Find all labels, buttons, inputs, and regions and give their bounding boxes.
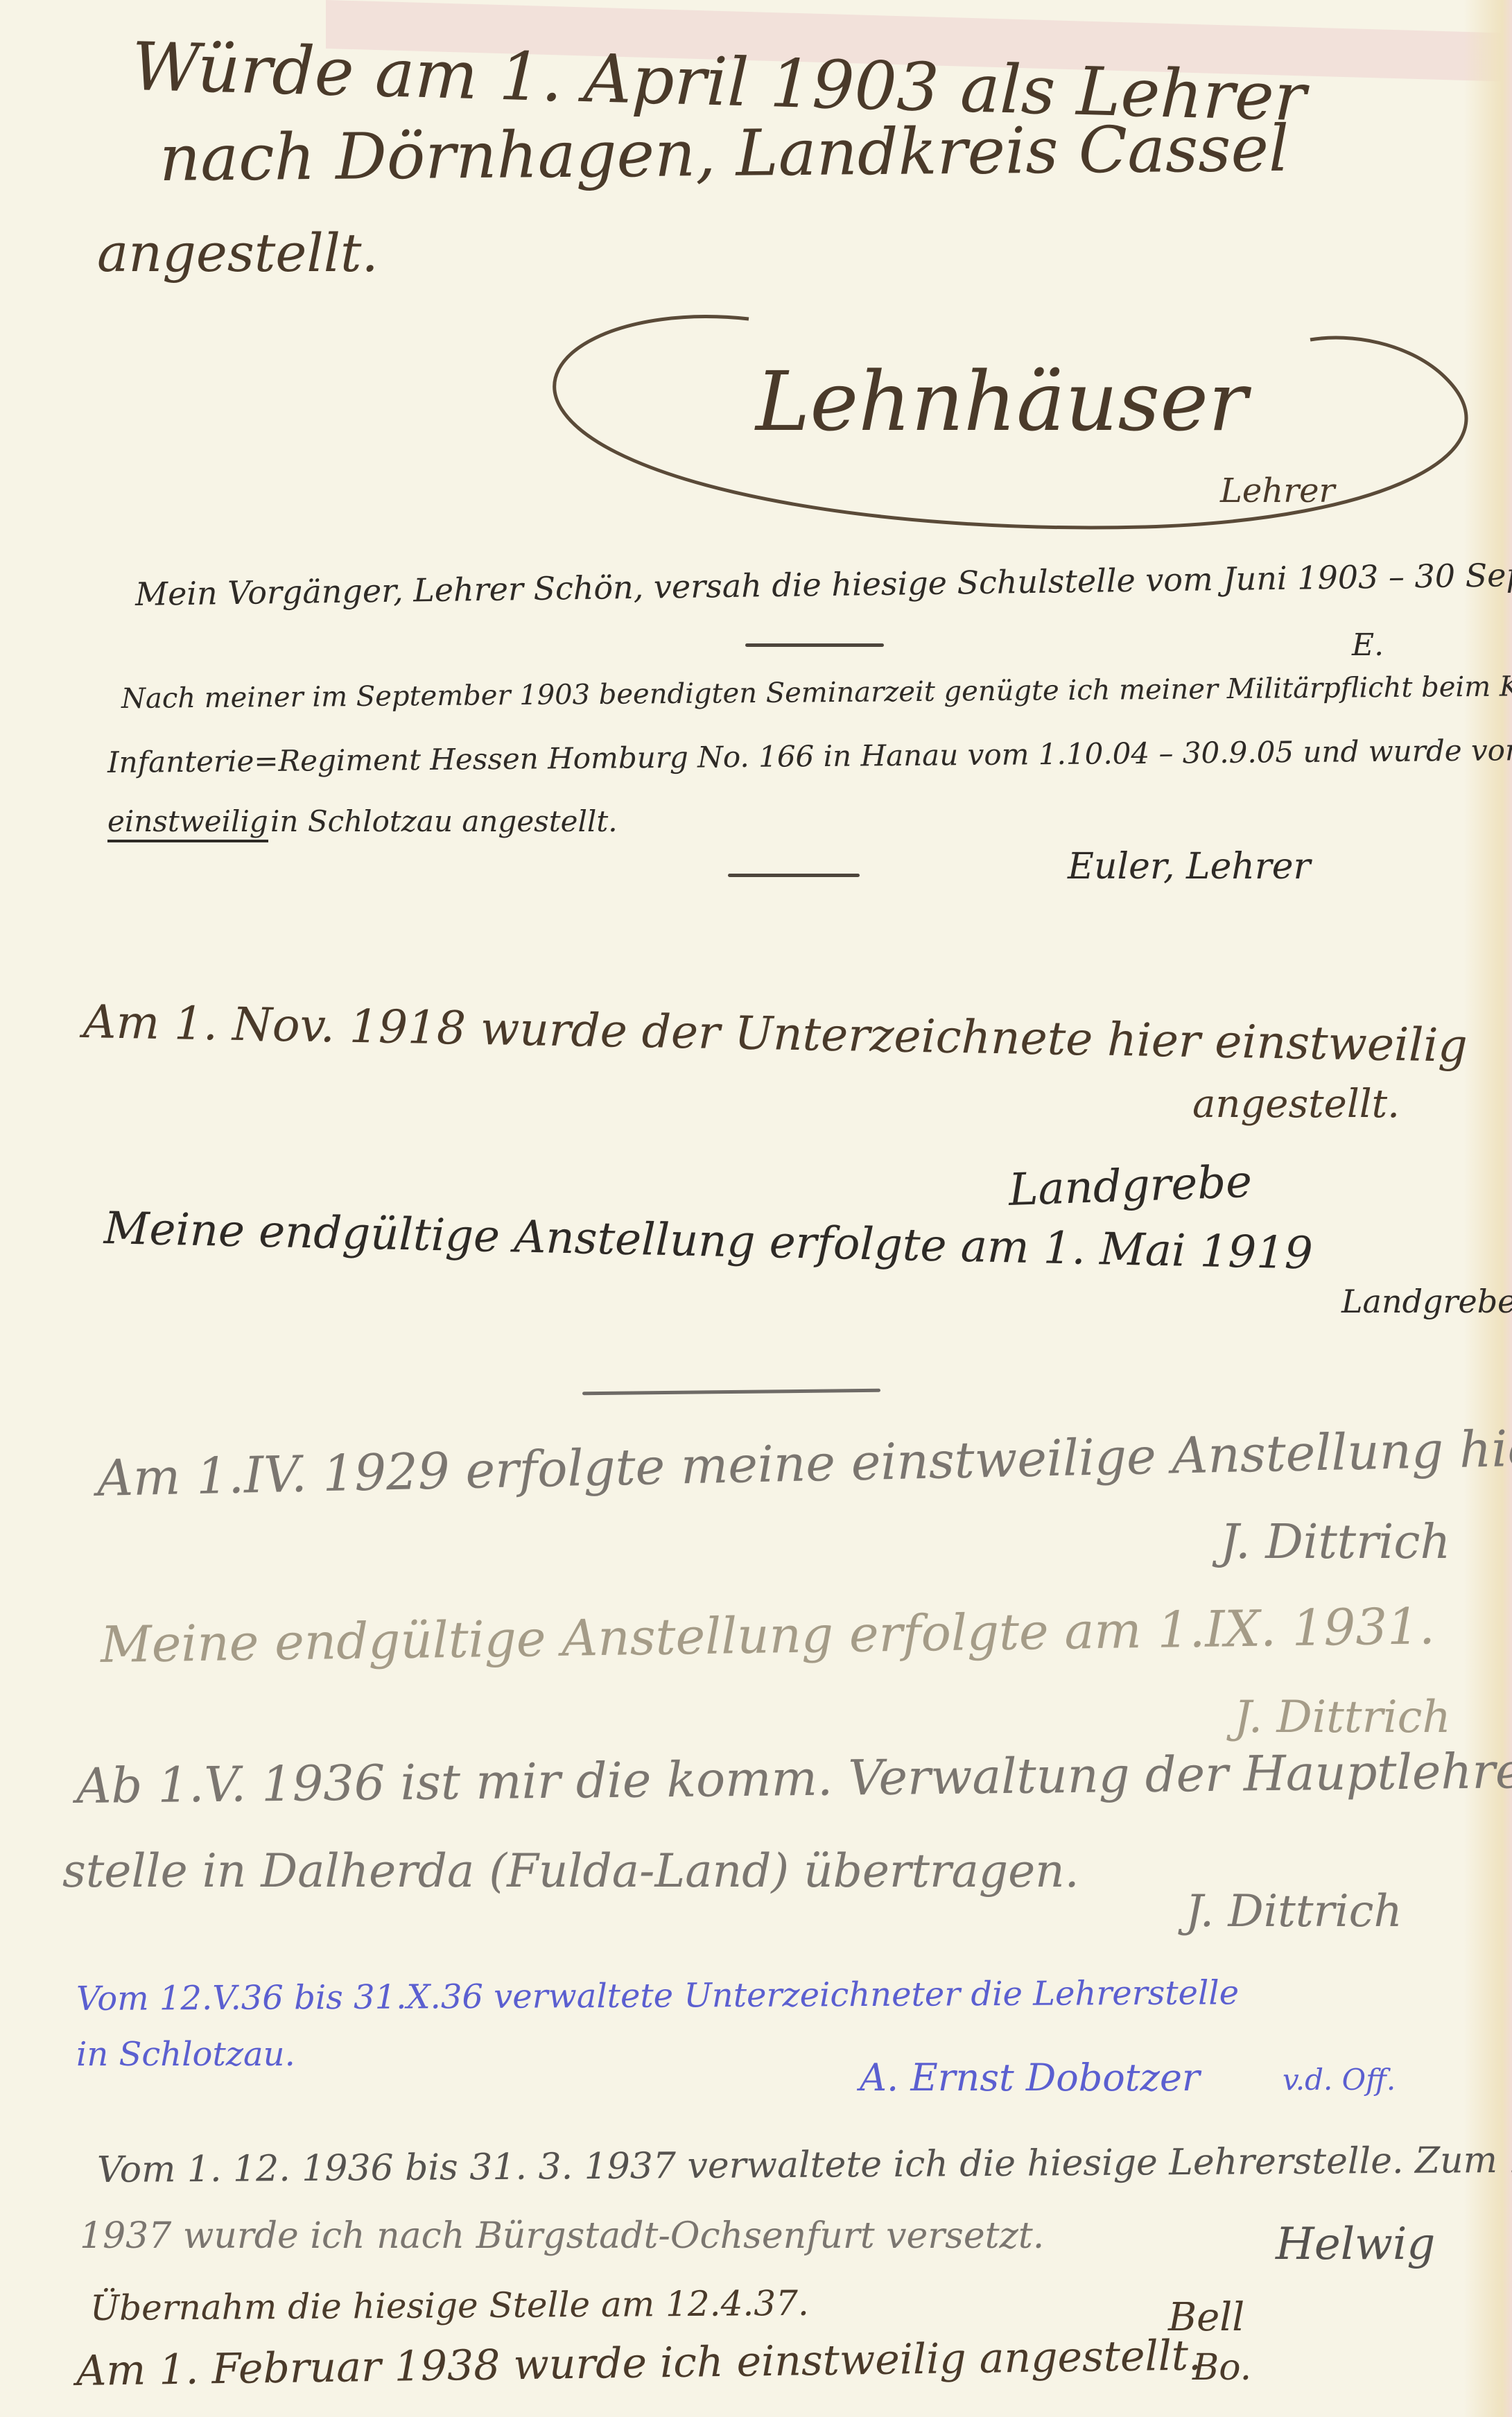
divider — [745, 643, 884, 647]
signature: Euler, Lehrer — [1068, 846, 1310, 887]
entry-line: Übernahm die hiesige Stelle am 12.4.37. — [90, 2283, 809, 2328]
entry-line: in Schlotzau. — [76, 2035, 295, 2074]
entry-line: Vom 1. 12. 1936 bis 31. 3. 1937 verwalte… — [97, 2138, 1512, 2191]
initial: E. — [1352, 627, 1384, 663]
signature-margin: Landgrebe — [1341, 1283, 1512, 1320]
signature: A. Ernst Dobotzer — [860, 2056, 1200, 2099]
entry-line: stelle in Dalherda (Fulda-Land) übertrag… — [62, 1844, 1079, 1898]
entry-line-rest: in Schlotzau angestellt. — [270, 804, 618, 838]
entry-line: Ab 1.V. 1936 ist mir die komm. Verwaltun… — [76, 1742, 1512, 1814]
divider — [582, 1389, 880, 1396]
entry-line: Mein Vorgänger, Lehrer Schön, versah die… — [135, 553, 1512, 613]
entry-line: Vom 12.V.36 bis 31.X.36 verwaltete Unter… — [76, 1973, 1239, 2018]
signature: Bo. — [1192, 2347, 1251, 2389]
entry-line: 1937 wurde ich nach Bürgstadt-Ochsenfurt… — [80, 2215, 1044, 2257]
entry-line: Am 1. Februar 1938 wurde ich einstweilig… — [76, 2331, 1202, 2396]
entry-line: nach Dörnhagen, Landkreis Cassel — [159, 112, 1289, 196]
entry-line: angestellt. — [97, 222, 379, 284]
signature: J. Dittrich — [1234, 1692, 1451, 1743]
signature: Landgrebe — [1008, 1156, 1253, 1216]
page-right-edge — [1463, 0, 1512, 2417]
signature-title: Lehrer — [1220, 471, 1335, 510]
signature: Helwig — [1276, 2219, 1435, 2270]
entry-line: Meine endgültige Anstellung erfolgte am … — [100, 1597, 1435, 1674]
entry-line: Am 1.IV. 1929 erfolgte meine einstweilig… — [96, 1415, 1512, 1507]
signature: J. Dittrich — [1220, 1515, 1450, 1570]
signature-note: v.d. Off. — [1283, 2063, 1396, 2097]
entry-line: Infanterie=Regiment Hessen Homburg No. 1… — [107, 732, 1512, 779]
entry-line: Am 1. Nov. 1918 wurde der Unterzeichnete… — [82, 995, 1468, 1073]
signature: J. Dittrich — [1185, 1886, 1402, 1937]
signature: Lehnhäuser — [756, 354, 1247, 449]
divider — [728, 874, 860, 877]
entry-line: angestellt. — [1192, 1082, 1400, 1127]
entry-line: Nach meiner im September 1903 beendigten… — [121, 670, 1512, 715]
entry-line: Meine endgültige Anstellung erfolgte am … — [103, 1203, 1313, 1280]
